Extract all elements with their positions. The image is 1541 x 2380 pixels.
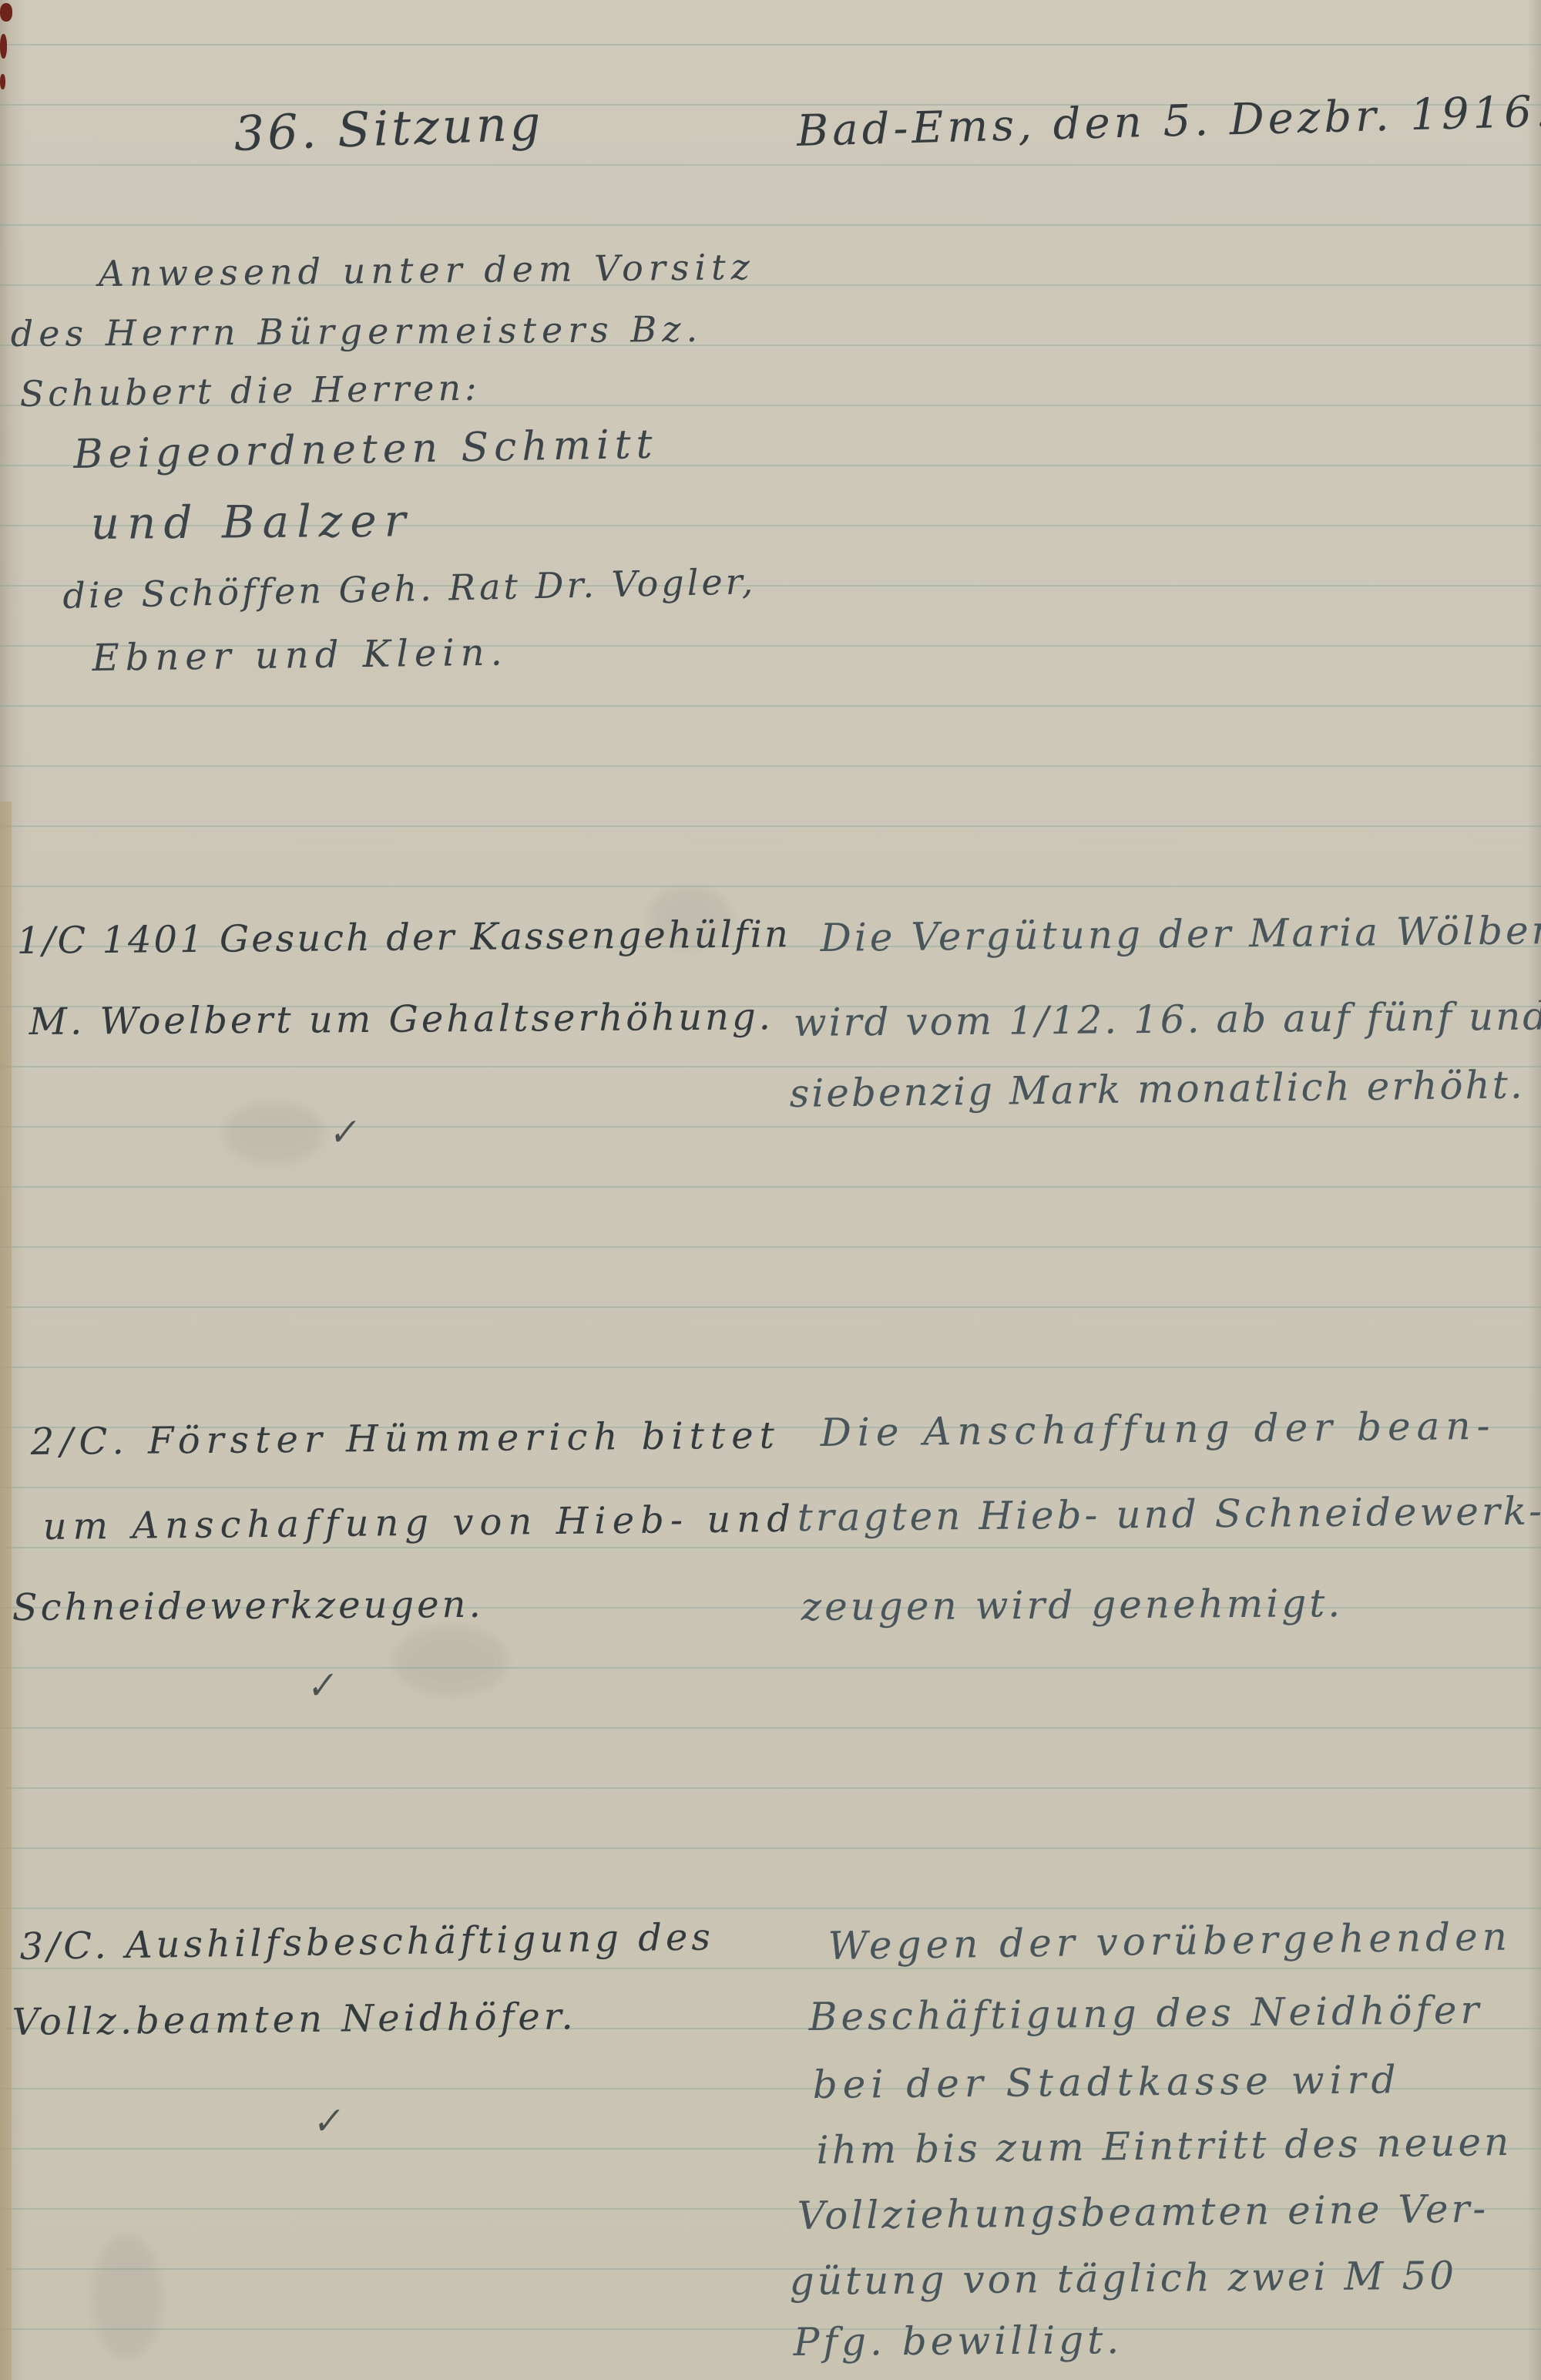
attendance-line: und Balzer [90,496,413,548]
item2-subject-line: um Anschaffung von Hieb- und [42,1499,797,1548]
attendance-line: die Schöffen Geh. Rat Dr. Vogler, [62,562,757,615]
manuscript-page: 36. Sitzung Bad-Ems, den 5. Dezbr. 1916.… [0,0,1541,2380]
attendance-line: Beigeordneten Schmitt [73,423,658,477]
binding-mark [0,34,7,59]
page-under-edge [0,802,12,2380]
session-heading: 36. Sitzung [233,97,545,160]
item2-subject-line: 2/C. Förster Hümmerich bittet [31,1416,781,1463]
item1-subject-line: M. Woelbert um Gehaltserhöhung. [29,997,774,1043]
item3-resolution-line: Beschäftigung des Neidhöfer [808,1989,1482,2039]
binding-mark [0,3,12,22]
item1-resolution-line: siebenzig Mark monatlich erhöht. [789,1064,1525,1115]
item3-resolution-line: Wegen der vorübergehenden [828,1916,1512,1968]
attendance-line: Schubert die Herren: [19,368,481,414]
item2-resolution-line: zeugen wird genehmigt. [801,1582,1344,1629]
checkmark-icon: ✓ [325,1110,359,1155]
ink-smudge [92,2235,162,2358]
binding-mark [0,74,5,89]
attendance-line: Ebner und Klein. [92,632,509,678]
item3-resolution-line: bei der Stadtkasse wird [813,2059,1402,2106]
item3-resolution-line: Vollziehungsbeamten eine Ver- [797,2188,1489,2237]
item3-subject-line: 3/C. Aushilfsbeschäftigung des [19,1917,714,1967]
item3-subject-line: Vollz.beamten Neidhöfer. [12,1996,576,2042]
item1-resolution-line: Die Vergütung der Maria Wölbert [820,909,1541,960]
ink-smudge [393,1626,509,1696]
item1-subject-line: 1/C 1401 Gesuch der Kassengehülfin [17,914,791,962]
item2-resolution-line: Die Anschaffung der bean- [820,1405,1496,1454]
item3-resolution-line: ihm bis zum Eintritt des neuen [816,2121,1512,2172]
dateline: Bad-Ems, den 5. Dezbr. 1916. [796,88,1541,155]
attendance-line: des Herrn Bürgermeisters Bz. [11,310,703,354]
checkmark-icon: ✓ [302,1663,337,1709]
item1-resolution-line: wird vom 1/12. 16. ab auf fünf und [794,995,1541,1044]
checkmark-icon: ✓ [309,2099,343,2143]
item2-resolution-line: tragten Hieb- und Schneidewerk- [797,1491,1541,1539]
item3-resolution-line: Pfg. bewilligt. [794,2319,1123,2364]
attendance-line: Anwesend unter dem Vorsitz [98,247,755,294]
ink-smudge [223,1102,324,1164]
item3-resolution-line: gütung von täglich zwei M 50 [790,2254,1458,2303]
item2-subject-line: Schneidewerkzeugen. [12,1585,484,1629]
